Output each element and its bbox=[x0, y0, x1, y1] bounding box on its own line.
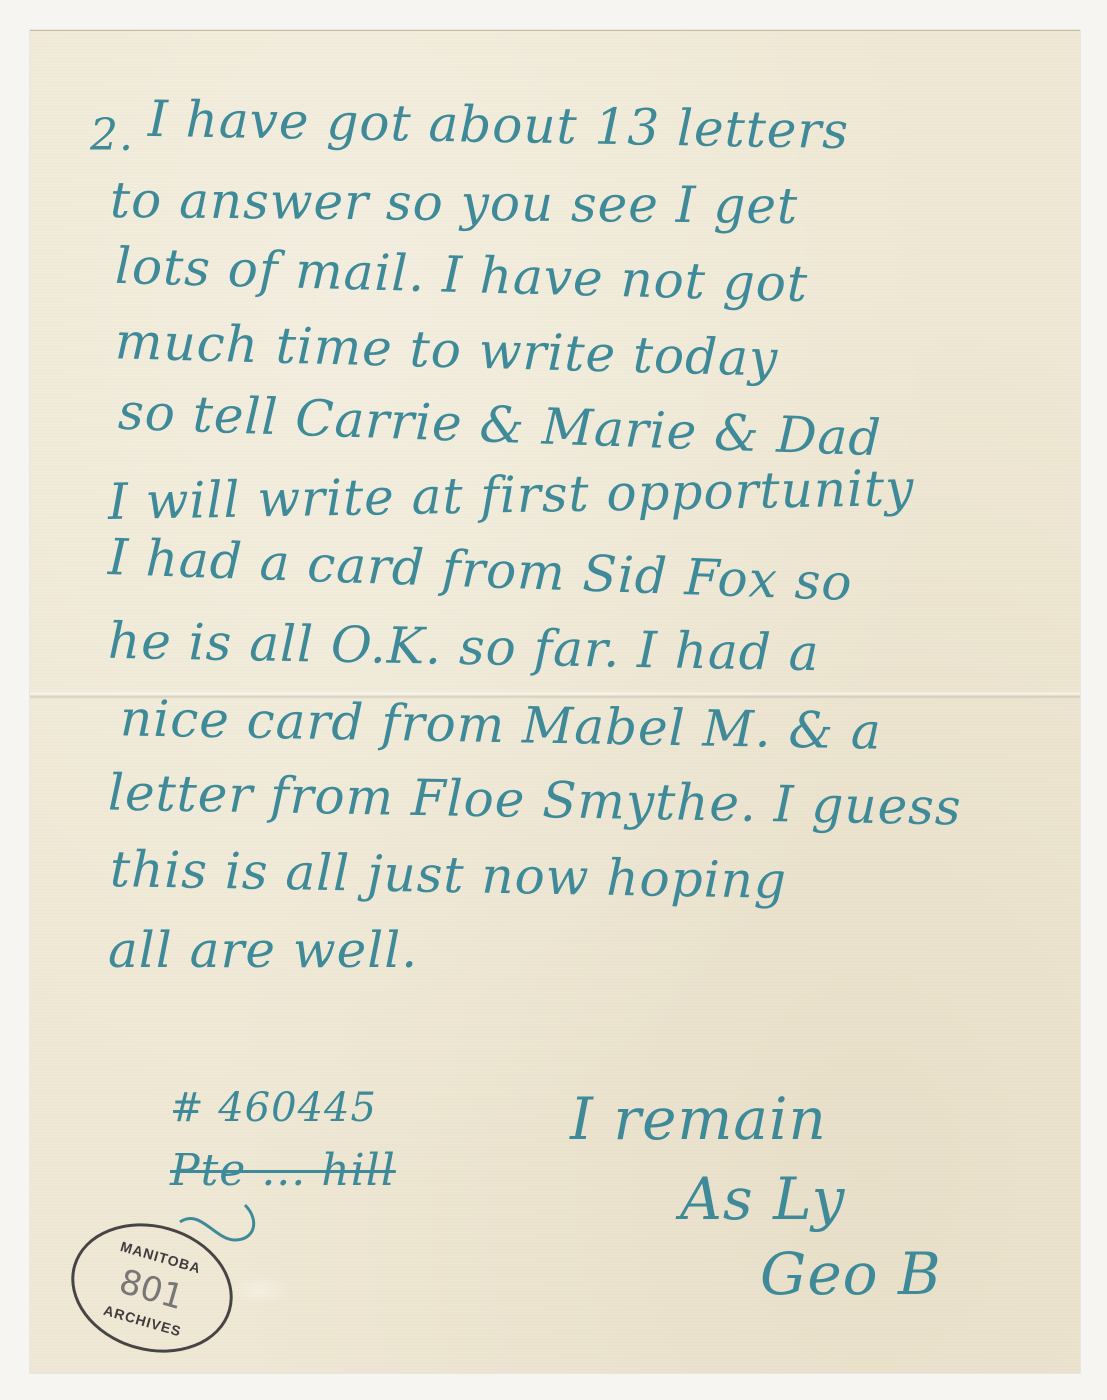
letter-line-10: letter from Floe Smythe. I guess bbox=[108, 768, 962, 833]
letter-line-12: all are well. bbox=[108, 925, 418, 975]
letter-line-9: nice card from Mabel M. & a bbox=[120, 693, 883, 756]
struck-out-text: Pte ... hill bbox=[170, 1145, 396, 1196]
letter-line-1: I have got about 13 letters bbox=[148, 94, 850, 156]
signature: Geo B bbox=[760, 1240, 942, 1308]
letter-line-8: he is all O.K. so far. I had a bbox=[108, 616, 820, 678]
closing-line: I remain bbox=[570, 1085, 827, 1153]
page-number: 2. bbox=[90, 110, 134, 161]
letter-line-2: to answer so you see I get bbox=[110, 175, 799, 231]
service-number: # 460445 bbox=[170, 1085, 377, 1131]
letter-line-11: this is all just now hoping bbox=[110, 844, 788, 906]
closing-line-2: As Ly bbox=[680, 1165, 845, 1233]
letter-line-6: I will write at first opportunity bbox=[108, 463, 915, 527]
embossed-mark bbox=[230, 1275, 290, 1305]
